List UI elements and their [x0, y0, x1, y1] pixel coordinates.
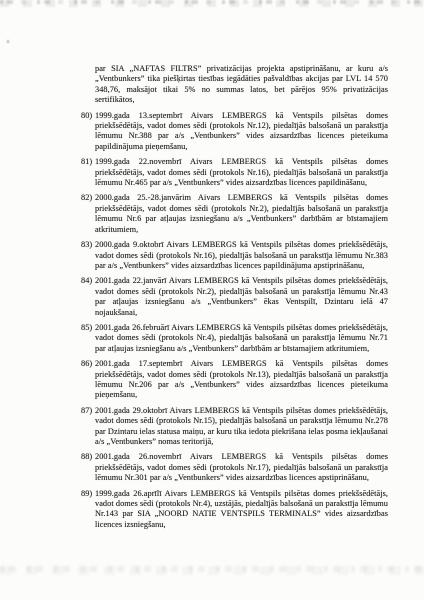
- numbered-list: 80)1999.gada 13.septembrī Aivars LEMBERG…: [95, 111, 388, 531]
- item-text: 2000.gada 9.oktobrī Aivars LEMBERGS kā V…: [95, 240, 388, 270]
- item-number: 86): [81, 359, 92, 369]
- list-item: 83)2000.gada 9.oktobrī Aivars LEMBERGS k…: [95, 240, 388, 271]
- scan-edge-mark: [7, 40, 9, 43]
- item-number: 88): [81, 452, 92, 462]
- item-text: 2001.gada 29.oktobrī Aivars LEMBERGS kā …: [95, 406, 388, 446]
- list-item: 84)2001.gada 22.janvārī Aivars LEMBERGS …: [95, 276, 388, 318]
- document-content: par SIA „NAFTAS FILTRS” privatizācijas p…: [95, 64, 388, 535]
- item-number: 81): [81, 157, 92, 167]
- item-text: 2001.gada 17.septembrī Aivars LEMBERGS k…: [95, 359, 388, 399]
- item-number: 85): [81, 323, 92, 333]
- item-text: 2001.gada 26.novembrī Aivars LEMBERGS kā…: [95, 452, 388, 482]
- document-page: par SIA „NAFTAS FILTRS” privatizācijas p…: [0, 0, 424, 600]
- item-number: 87): [81, 406, 92, 416]
- list-item: 88)2001.gada 26.novembrī Aivars LEMBERGS…: [95, 452, 388, 483]
- item-text: 1999.gada 26.aprīlī Aivars LEMBERGS kā V…: [95, 489, 388, 529]
- item-number: 82): [81, 193, 92, 203]
- scan-noise-top: [0, 0, 424, 8]
- item-number: 80): [81, 111, 92, 121]
- scan-noise-bottom: [0, 566, 424, 600]
- item-number: 83): [81, 240, 92, 250]
- list-item: 89)1999.gada 26.aprīlī Aivars LEMBERGS k…: [95, 489, 388, 531]
- item-text: 2001.gada 22.janvārī Aivars LEMBERGS kā …: [95, 276, 388, 316]
- list-item: 81)1999.gada 22.novembrī Aivars LEMBERGS…: [95, 157, 388, 188]
- list-item: 86)2001.gada 17.septembrī Aivars LEMBERG…: [95, 359, 388, 401]
- item-text: 2001.gada 26.februārī Aivars LEMBERGS kā…: [95, 323, 388, 353]
- item-number: 89): [81, 489, 92, 499]
- item-text: 1999.gada 22.novembrī Aivars LEMBERGS kā…: [95, 157, 388, 187]
- item-text: 2000.gada 25.-28.janvārim Aivars LEMBERG…: [95, 193, 388, 233]
- list-item: 80)1999.gada 13.septembrī Aivars LEMBERG…: [95, 111, 388, 153]
- intro-paragraph: par SIA „NAFTAS FILTRS” privatizācijas p…: [95, 64, 388, 106]
- list-item: 87)2001.gada 29.oktobrī Aivars LEMBERGS …: [95, 406, 388, 448]
- item-number: 84): [81, 276, 92, 286]
- list-item: 82)2000.gada 25.-28.janvārim Aivars LEMB…: [95, 193, 388, 235]
- item-text: 1999.gada 13.septembrī Aivars LEMBERGS k…: [95, 111, 388, 151]
- list-item: 85)2001.gada 26.februārī Aivars LEMBERGS…: [95, 323, 388, 354]
